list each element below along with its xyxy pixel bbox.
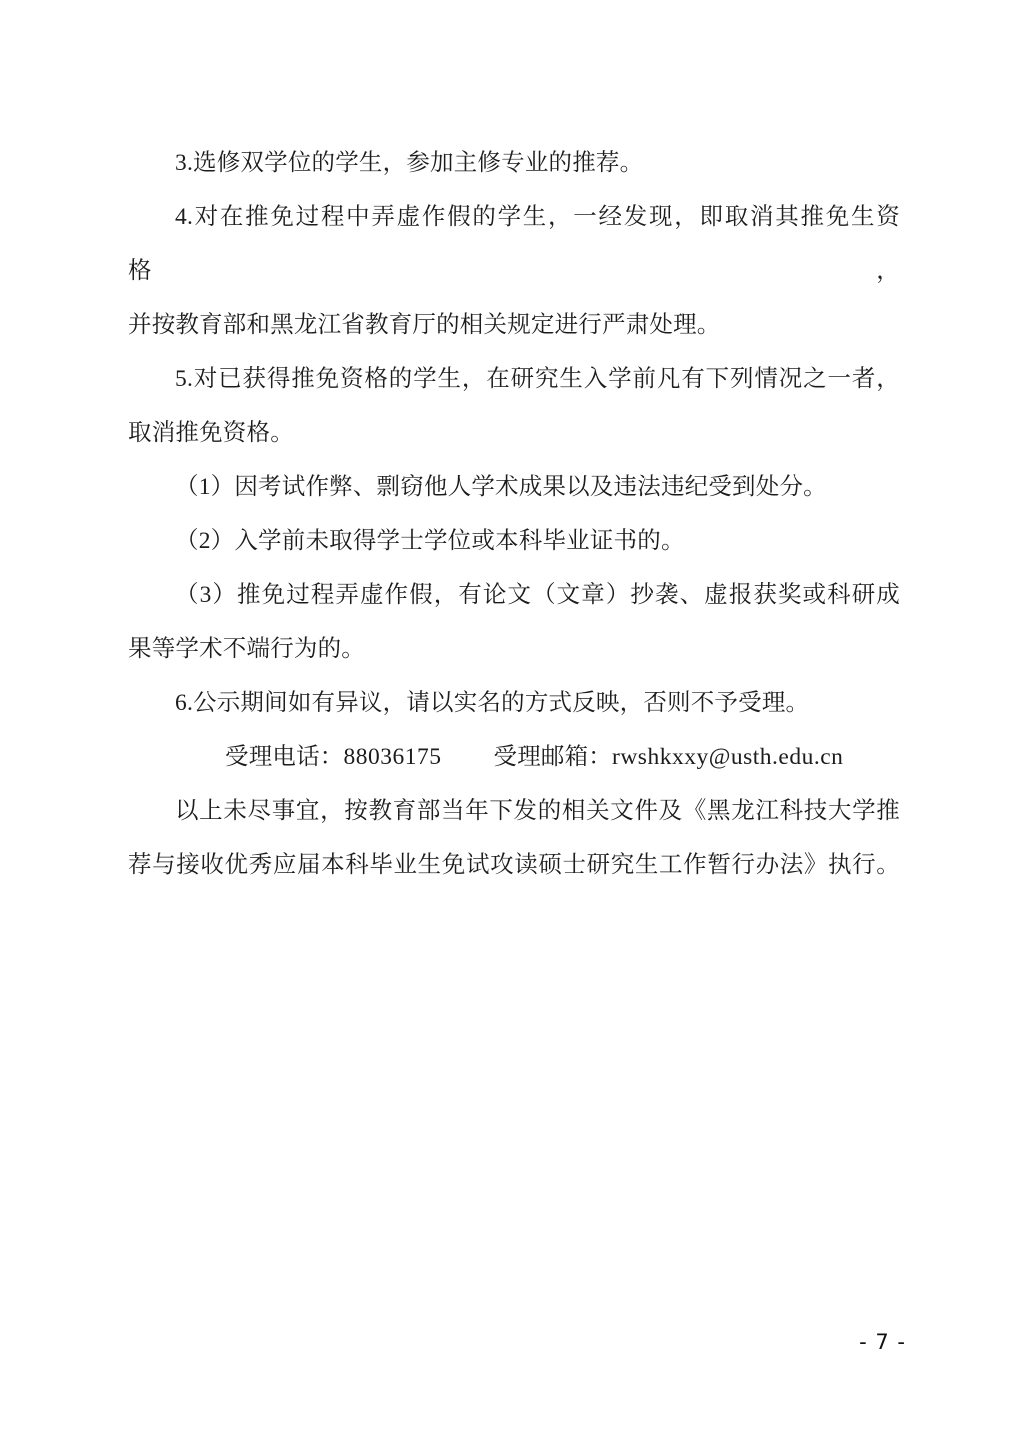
email-label: 受理邮箱： [494, 744, 613, 770]
phone-label: 受理电话： [225, 744, 344, 770]
document-body: 3.选修双学位的学生，参加主修专业的推荐。 4.对在推免过程中弄虚作假的学生，一… [128, 136, 900, 892]
paragraph-item-3: 3.选修双学位的学生，参加主修专业的推荐。 [128, 136, 900, 190]
paragraph-item-5-line-1: 5.对已获得推免资格的学生，在研究生入学前凡有下列情况之一者， [128, 352, 900, 406]
paragraph-item-5-line-2: 取消推免资格。 [128, 406, 900, 460]
page-number: - 7 - [859, 1330, 906, 1354]
closing-paragraph-line-2: 荐与接收优秀应届本科毕业生免试攻读硕士研究生工作暂行办法》执行。 [128, 838, 900, 892]
email-address: rwshkxxy@usth.edu.cn [612, 744, 843, 770]
paragraph-subitem-3-line-1: （3）推免过程弄虚作假，有论文（文章）抄袭、虚报获奖或科研成 [128, 568, 900, 622]
paragraph-subitem-2: （2）入学前未取得学士学位或本科毕业证书的。 [128, 514, 900, 568]
paragraph-subitem-1: （1）因考试作弊、剽窃他人学术成果以及违法违纪受到处分。 [128, 460, 900, 514]
document-page: 3.选修双学位的学生，参加主修专业的推荐。 4.对在推免过程中弄虚作假的学生，一… [0, 0, 1024, 1448]
contact-line: 受理电话：88036175受理邮箱：rwshkxxy@usth.edu.cn [128, 730, 900, 784]
paragraph-item-6: 6.公示期间如有异议，请以实名的方式反映，否则不予受理。 [128, 676, 900, 730]
paragraph-item-4-line-1: 4.对在推免过程中弄虚作假的学生，一经发现，即取消其推免生资格， [128, 190, 900, 298]
phone-number: 88036175 [344, 744, 442, 770]
paragraph-item-4-line-2: 并按教育部和黑龙江省教育厅的相关规定进行严肃处理。 [128, 298, 900, 352]
paragraph-subitem-3-line-2: 果等学术不端行为的。 [128, 622, 900, 676]
closing-paragraph-line-1: 以上未尽事宜，按教育部当年下发的相关文件及《黑龙江科技大学推 [128, 784, 900, 838]
